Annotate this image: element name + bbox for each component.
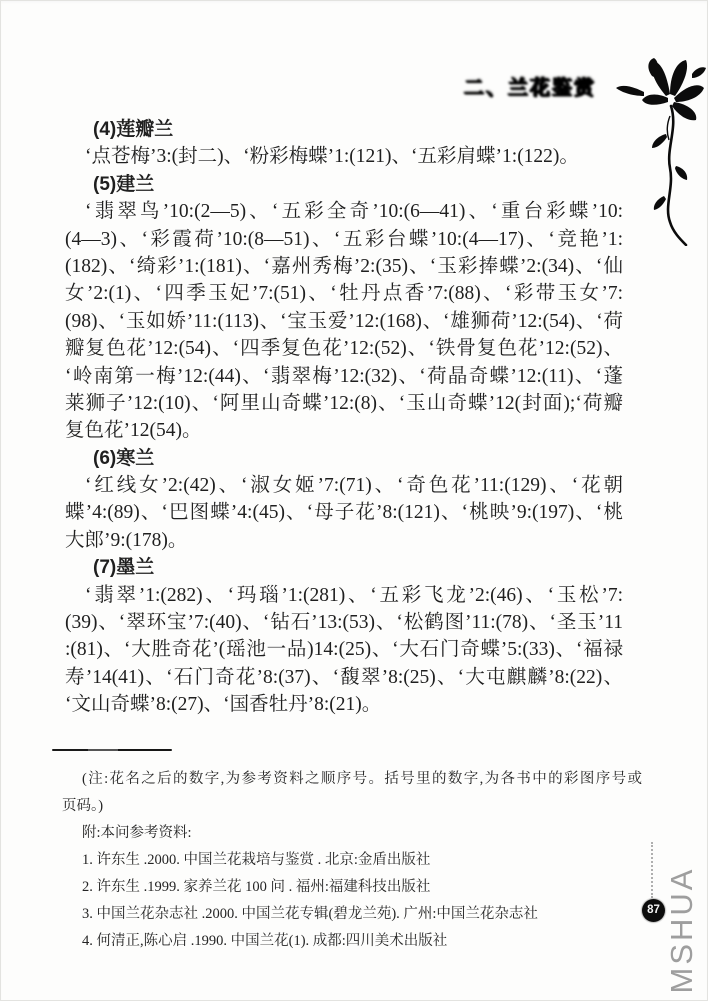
body-text-line: :(81)、‘大胜奇花’(瑶池一品)14:(25)、‘大石门奇蝶’5:(33)、… — [65, 636, 623, 663]
reference-item: 3. 中国兰花杂志社 .2000. 中国兰花专辑(碧龙兰苑). 广州:中国兰花杂… — [62, 901, 642, 928]
body-text-line: (4—3)、‘彩霞荷’10:(8—51)、‘五彩台蝶’10:(4—17)、‘竞艳… — [65, 226, 623, 253]
section-heading: (6)寒兰 — [65, 445, 623, 472]
body-text-line: (98)、‘玉如娇’11:(113)、‘宝玉爱’12:(168)、‘雄狮荷’12… — [65, 308, 623, 335]
reference-item: 1. 许东生 .2000. 中国兰花栽培与鉴赏 . 北京:金盾出版社 — [62, 847, 642, 874]
section-heading: (4)莲瓣兰 — [65, 116, 623, 143]
watermark-text: MSHUA — [662, 860, 702, 1000]
footnote-note-line: 页码。) — [62, 793, 642, 820]
body-text-line: 女’2:(1)、‘四季玉妃’7:(51)、‘牡丹点香’7:(88)、‘彩带玉女’… — [65, 280, 623, 307]
footnote-attach-label: 附:本问参考资料: — [62, 820, 642, 847]
footnote-note-line: (注:花名之后的数字,为参考资料之顺序号。括号里的数字,为各书中的彩图序号或 — [62, 766, 642, 793]
body-text-line: 瓣复色花’12:(54)、‘四季复色花’12:(52)、‘铁骨复色花’12:(5… — [65, 335, 623, 362]
body-text-line: ‘点苍梅’3:(封二)、‘粉彩梅蝶’1:(121)、‘五彩肩蝶’1:(122)。 — [65, 143, 623, 170]
footnote-block: (注:花名之后的数字,为参考资料之顺序号。括号里的数字,为各书中的彩图序号或页码… — [62, 766, 642, 955]
body-text-line: 大郎’9:(178)。 — [65, 527, 623, 554]
reference-item: 4. 何清正,陈心启 .1990. 中国兰花(1). 成都:四川美术出版社 — [62, 928, 642, 955]
section-heading: (7)墨兰 — [65, 554, 623, 581]
margin-dotted-line — [651, 842, 653, 898]
footnote-separator-rule — [52, 749, 172, 751]
main-text-block: (4)莲瓣兰‘点苍梅’3:(封二)、‘粉彩梅蝶’1:(121)、‘五彩肩蝶’1:… — [65, 116, 623, 719]
body-text-line: ‘岭南第一梅’12:(44)、‘翡翠梅’12:(32)、‘荷晶奇蝶’12:(11… — [65, 363, 623, 390]
body-text-line: (39)、‘翠环宝’7:(40)、‘钻石’13:(53)、‘松鹤图’11:(78… — [65, 609, 623, 636]
body-text-line: ‘红线女’2:(42)、‘淑女姬’7:(71)、‘奇色花’11:(129)、‘花… — [65, 472, 623, 499]
body-text-line: 复色花’12(54)。 — [65, 417, 623, 444]
body-text-line: 寿’14(41)、‘石门奇花’8:(37)、‘馥翠’8:(25)、‘大屯麒麟’8… — [65, 664, 623, 691]
reference-item: 2. 许东生 .1999. 家养兰花 100 问 . 福州:福建科技出版社 — [62, 874, 642, 901]
body-text-line: 莱狮子’12:(10)、‘阿里山奇蝶’12:(8)、‘玉山奇蝶’12(封面);‘… — [65, 390, 623, 417]
body-text-line: ‘翡翠’1:(282)、‘玛瑙’1:(281)、‘五彩飞龙’2:(46)、‘玉松… — [65, 582, 623, 609]
running-header-chapter-title: 二、兰花鉴赏 — [464, 74, 614, 102]
body-text-line: ‘翡翠鸟’10:(2—5)、‘五彩全奇’10:(6—41)、‘重台彩蝶’10: — [65, 198, 623, 225]
body-text-line: (182)、‘绮彩’1:(181)、‘嘉州秀梅’2:(35)、‘玉彩捧蝶’2:(… — [65, 253, 623, 280]
body-text-line: ‘文山奇蝶’8:(27)、‘国香牡丹’8:(21)。 — [65, 691, 623, 718]
body-text-line: 蝶’4:(89)、‘巴图蝶’4:(45)、‘母子花’8:(121)、‘桃映’9:… — [65, 499, 623, 526]
section-heading: (5)建兰 — [65, 171, 623, 198]
